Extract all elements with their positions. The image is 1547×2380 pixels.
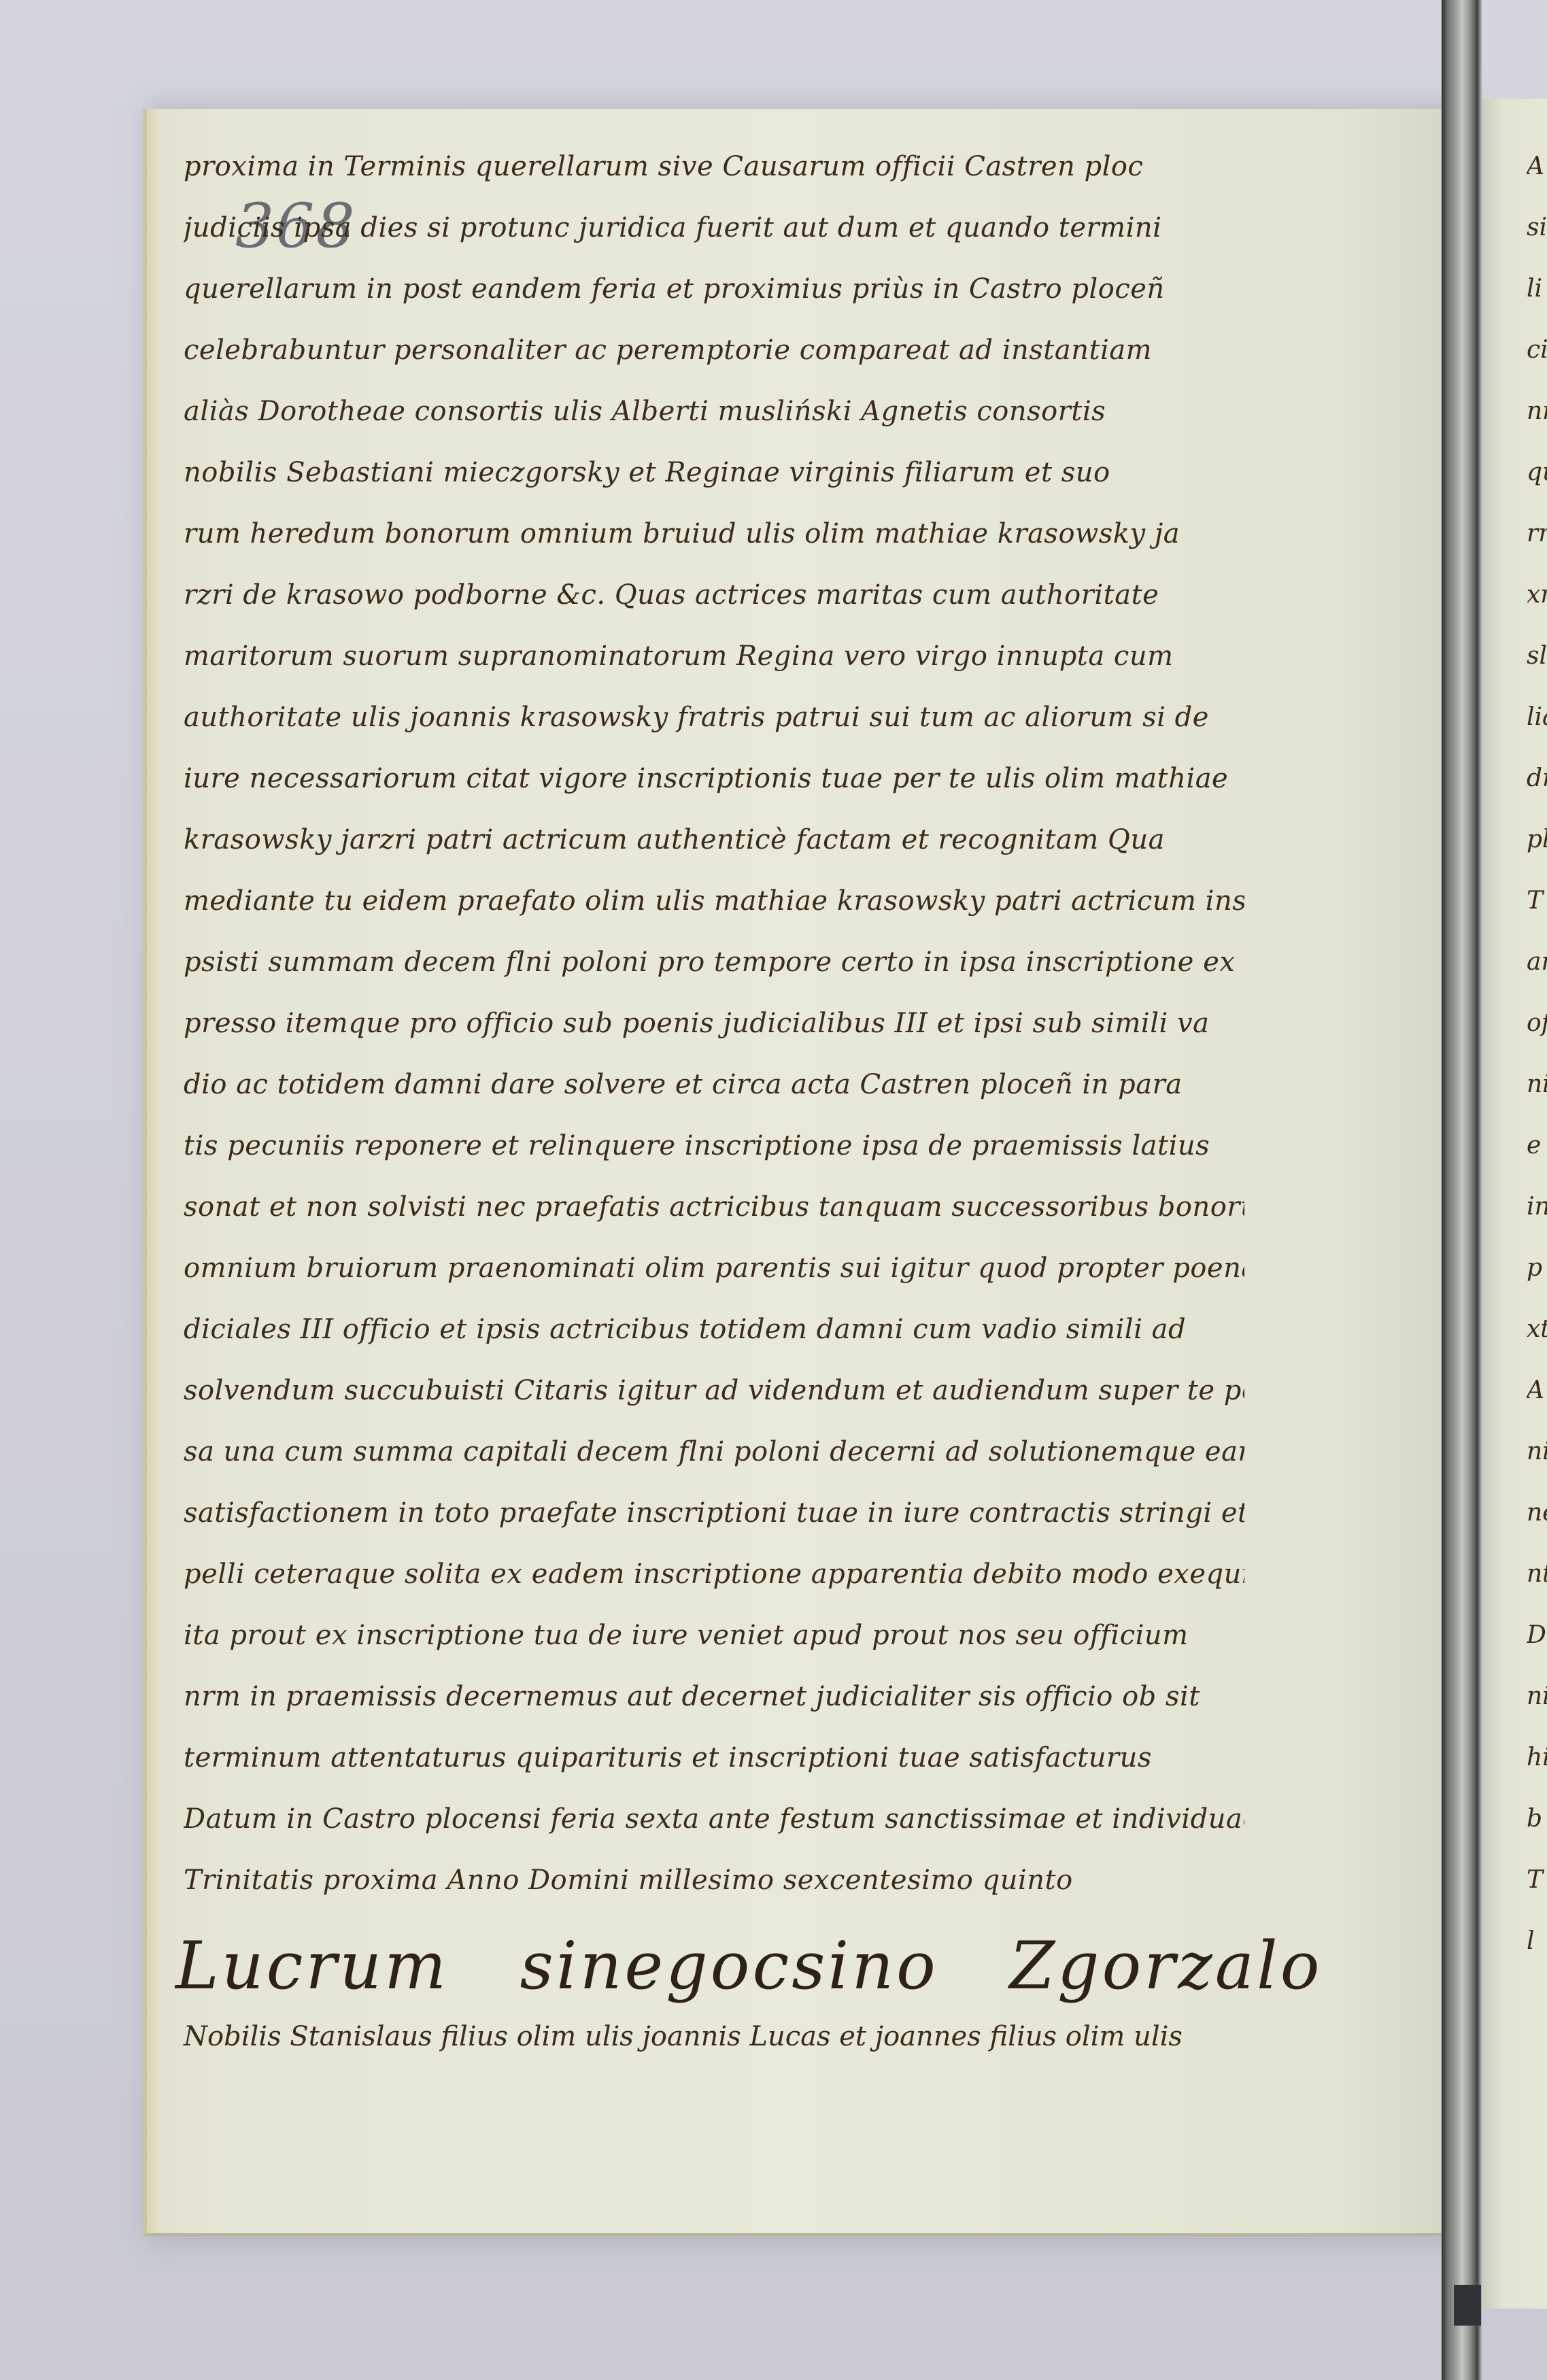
manuscript-line: celebrabuntur personaliter ac peremptori… [184, 320, 1244, 381]
manuscript-line: satisfactionem in toto praefate inscript… [184, 1482, 1244, 1544]
facing-page-fragment: sle [1527, 626, 1547, 687]
facing-page-fragment: D [1527, 1605, 1547, 1666]
facing-page-fragment: ni [1527, 1666, 1547, 1727]
manuscript-line: diciales III officio et ipsis actricibus… [184, 1299, 1244, 1360]
manuscript-line: querellarum in post eandem feria et prox… [184, 258, 1244, 320]
facing-page-fragment: ni [1527, 1054, 1547, 1115]
facing-page-fragment: ni [1527, 1421, 1547, 1482]
facing-page-fragment: xn [1527, 564, 1547, 626]
manuscript-line: dio ac totidem damni dare solvere et cir… [184, 1054, 1244, 1115]
manuscript-line: authoritate ulis joannis krasowsky fratr… [184, 687, 1244, 748]
manuscript-line: judiciis ipsa dies si protunc juridica f… [184, 197, 1244, 258]
manuscript-line: iure necessariorum citat vigore inscript… [184, 748, 1244, 809]
manuscript-line: proxima in Terminis querellarum sive Cau… [184, 136, 1244, 197]
heading-word: Lucrum [175, 1928, 449, 2004]
facing-page-text: AsiliciannqurruxnsleliadnplTanofnieinpxt… [1527, 136, 1547, 1972]
facing-page-fragment: cia [1527, 320, 1547, 381]
facing-page-fragment: of [1527, 993, 1547, 1054]
manuscript-line: omnium bruiorum praenominati olim parent… [184, 1238, 1244, 1299]
facing-page-fragment: hi [1527, 1727, 1547, 1788]
manuscript-line: ita prout ex inscriptione tua de iure ve… [184, 1605, 1244, 1666]
facing-page-fragment: in [1527, 1176, 1547, 1238]
facing-page-fragment: T [1527, 870, 1547, 932]
facing-page-fragment: b [1527, 1788, 1547, 1850]
manuscript-line: Trinitatis proxima Anno Domini millesimo… [184, 1850, 1244, 1911]
heading-word: Zgorzalo [1009, 1928, 1322, 2004]
facing-page-fragment: lia [1527, 687, 1547, 748]
manuscript-line: mediante tu eidem praefato olim ulis mat… [184, 870, 1244, 932]
manuscript-line: aliàs Dorotheae consortis ulis Alberti m… [184, 381, 1244, 442]
manuscript-line: sa una cum summa capitali decem flni pol… [184, 1421, 1244, 1482]
manuscript-line: nobilis Sebastiani mieczgorsky et Regina… [184, 442, 1244, 503]
manuscript-body: proxima in Terminis querellarum sive Cau… [184, 136, 1244, 1911]
facing-page-fragment: dn [1527, 748, 1547, 809]
facing-page-fragment: qu [1527, 442, 1547, 503]
manuscript-line: krasowsky jarzri patri actricum authenti… [184, 809, 1244, 870]
manuscript-line: pelli ceteraque solita ex eadem inscript… [184, 1544, 1244, 1605]
facing-page-fragment: xt [1527, 1299, 1547, 1360]
facing-page-fragment: A [1527, 1360, 1547, 1421]
section-heading: Lucrum sinegocsino Zgorzalo [175, 1928, 1370, 2004]
facing-page-fragment: si [1527, 197, 1547, 258]
facing-page-fragment: pl [1527, 809, 1547, 870]
manuscript-line: psisti summam decem flni poloni pro temp… [184, 932, 1244, 993]
manuscript-line: presso itemque pro officio sub poenis ju… [184, 993, 1244, 1054]
facing-page-fragment: ne [1527, 1482, 1547, 1544]
heading-word: sinegocsino [520, 1928, 938, 2004]
manuscript-line: rum heredum bonorum omnium bruiud ulis o… [184, 503, 1244, 564]
manuscript-line: tis pecuniis reponere et relinquere insc… [184, 1115, 1244, 1176]
facing-page-fragment: nn [1527, 381, 1547, 442]
facing-page-fragment: p [1527, 1238, 1547, 1299]
manuscript-line: Datum in Castro plocensi feria sexta ant… [184, 1788, 1244, 1850]
facing-page-fragment: e [1527, 1115, 1547, 1176]
binding-clip [1454, 2285, 1481, 2326]
facing-page-fragment: A [1527, 136, 1547, 197]
facing-page-fragment: li [1527, 258, 1547, 320]
facing-page-fragment: l [1527, 1911, 1547, 1972]
manuscript-line: maritorum suorum supranominatorum Regina… [184, 626, 1244, 687]
final-text-line: Nobilis Stanislaus filius olim ulis joan… [184, 2006, 1244, 2067]
manuscript-line: rzri de krasowo podborne &c. Quas actric… [184, 564, 1244, 626]
facing-page-fragment: nt [1527, 1544, 1547, 1605]
facing-page-fragment: T [1527, 1850, 1547, 1911]
manuscript-line: solvendum succubuisti Citaris igitur ad … [184, 1360, 1244, 1421]
manuscript-line: nrm in praemissis decernemus aut decerne… [184, 1666, 1244, 1727]
manuscript-line: sonat et non solvisti nec praefatis actr… [184, 1176, 1244, 1238]
book-gutter [1442, 0, 1482, 2380]
manuscript-line: terminum attentaturus quiparituris et in… [184, 1727, 1244, 1788]
facing-page-fragment: rru [1527, 503, 1547, 564]
facing-page-fragment: an [1527, 932, 1547, 993]
